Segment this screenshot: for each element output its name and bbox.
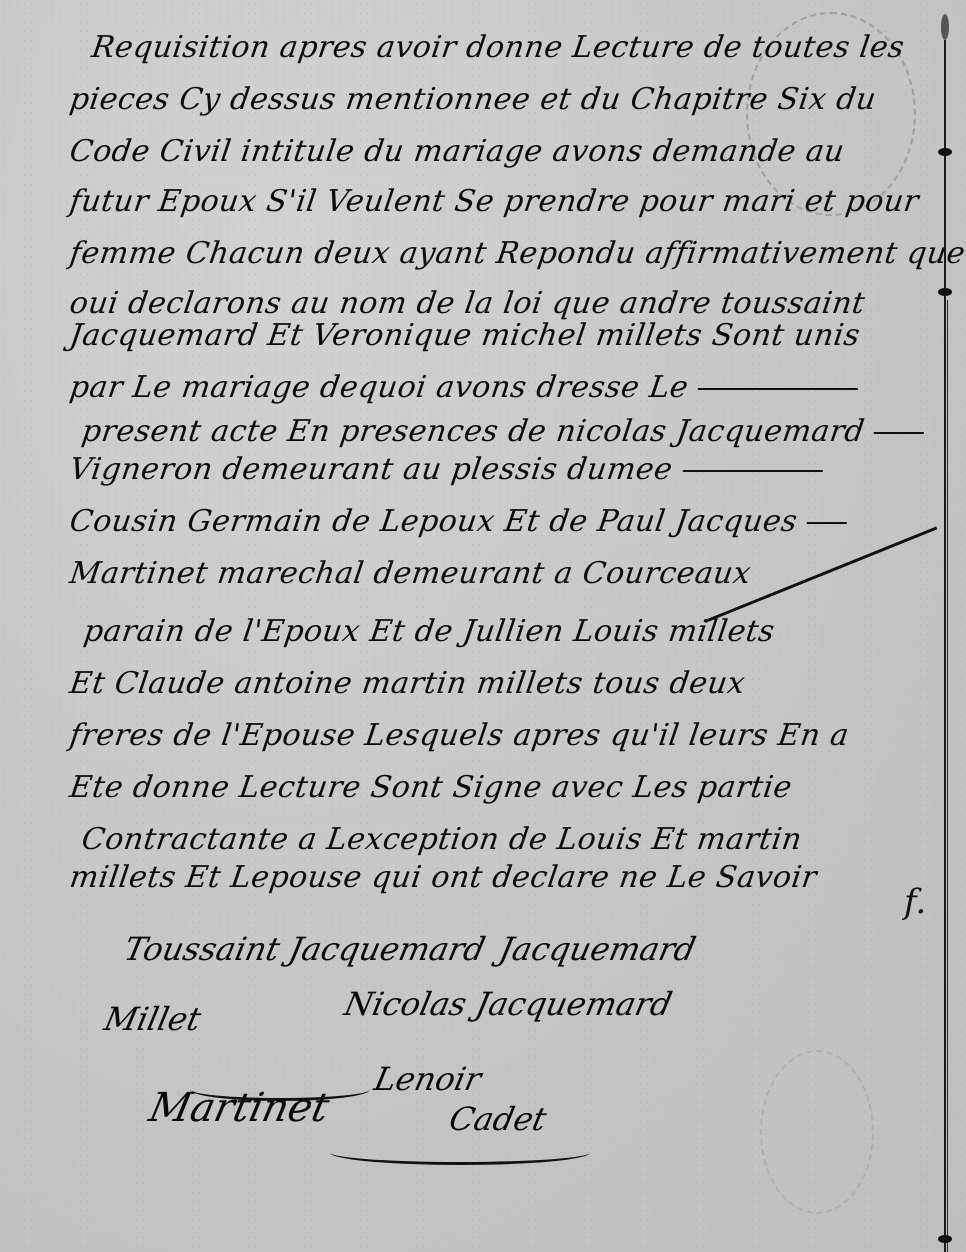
document-page: Requisition apres avoir donne Lecture de…: [0, 0, 966, 1252]
signature: Nicolas Jacquemard: [341, 985, 675, 1023]
text-line: femme Chacun deux ayant Repondu affirmat…: [68, 236, 966, 271]
text-line: present acte En presences de nicolas Jac…: [80, 414, 927, 449]
text-line: Ete donne Lecture Sont Signe avec Les pa…: [68, 770, 795, 805]
text-line: Cousin Germain de Lepoux Et de Paul Jacq…: [68, 504, 850, 539]
line-filler-rule: [682, 470, 822, 472]
text-line: Requisition apres avoir donne Lecture de…: [90, 30, 907, 65]
closing-mark: f.: [904, 882, 926, 922]
text-line: par Le mariage dequoi avons dresse Le: [68, 370, 861, 405]
signature: Lenoir: [371, 1060, 485, 1098]
margin-knot: [938, 148, 952, 156]
margin-ornament: [941, 14, 949, 40]
signature: Toussaint Jacquemard: [121, 930, 489, 968]
text-line: Et Claude antoine martin millets tous de…: [68, 666, 748, 701]
signature: Millet: [101, 1000, 204, 1038]
text-line: parain de l'Epoux Et de Jullien Louis mi…: [82, 614, 777, 649]
text-line: freres de l'Epouse Lesquels apres qu'il …: [68, 718, 852, 753]
signature: Cadet: [446, 1100, 550, 1138]
signature-flourish: [330, 1140, 590, 1165]
margin-line-inner: [947, 300, 948, 1252]
margin-knot: [938, 288, 952, 296]
signature: Jacquemard: [496, 930, 699, 968]
signature-flourish: [190, 1078, 370, 1101]
text-line: Contractante a Lexception de Louis Et ma…: [80, 822, 805, 857]
text-line: pieces Cy dessus mentionnee et du Chapit…: [68, 82, 879, 117]
faint-stamp-outline: [760, 1050, 874, 1214]
text-line: oui declarons au nom de la loi que andre…: [68, 286, 868, 321]
line-filler-rule: [807, 522, 847, 524]
margin-knot: [938, 1235, 952, 1243]
text-line: millets Et Lepouse qui ont declare ne Le…: [68, 860, 820, 895]
margin-line-outer: [944, 40, 946, 1252]
text-line: futur Epoux S'il Veulent Se prendre pour…: [68, 184, 922, 219]
line-filler-rule: [698, 388, 858, 390]
text-line: Vigneron demeurant au plessis dumee: [68, 452, 825, 487]
line-filler-rule: [874, 432, 924, 434]
text-line: Code Civil intitule du mariage avons dem…: [68, 134, 847, 169]
text-line: Jacquemard Et Veronique michel millets S…: [68, 318, 863, 353]
text-line: Martinet marechal demeurant a Courceaux: [68, 556, 754, 591]
margin-rule: [942, 0, 948, 1252]
